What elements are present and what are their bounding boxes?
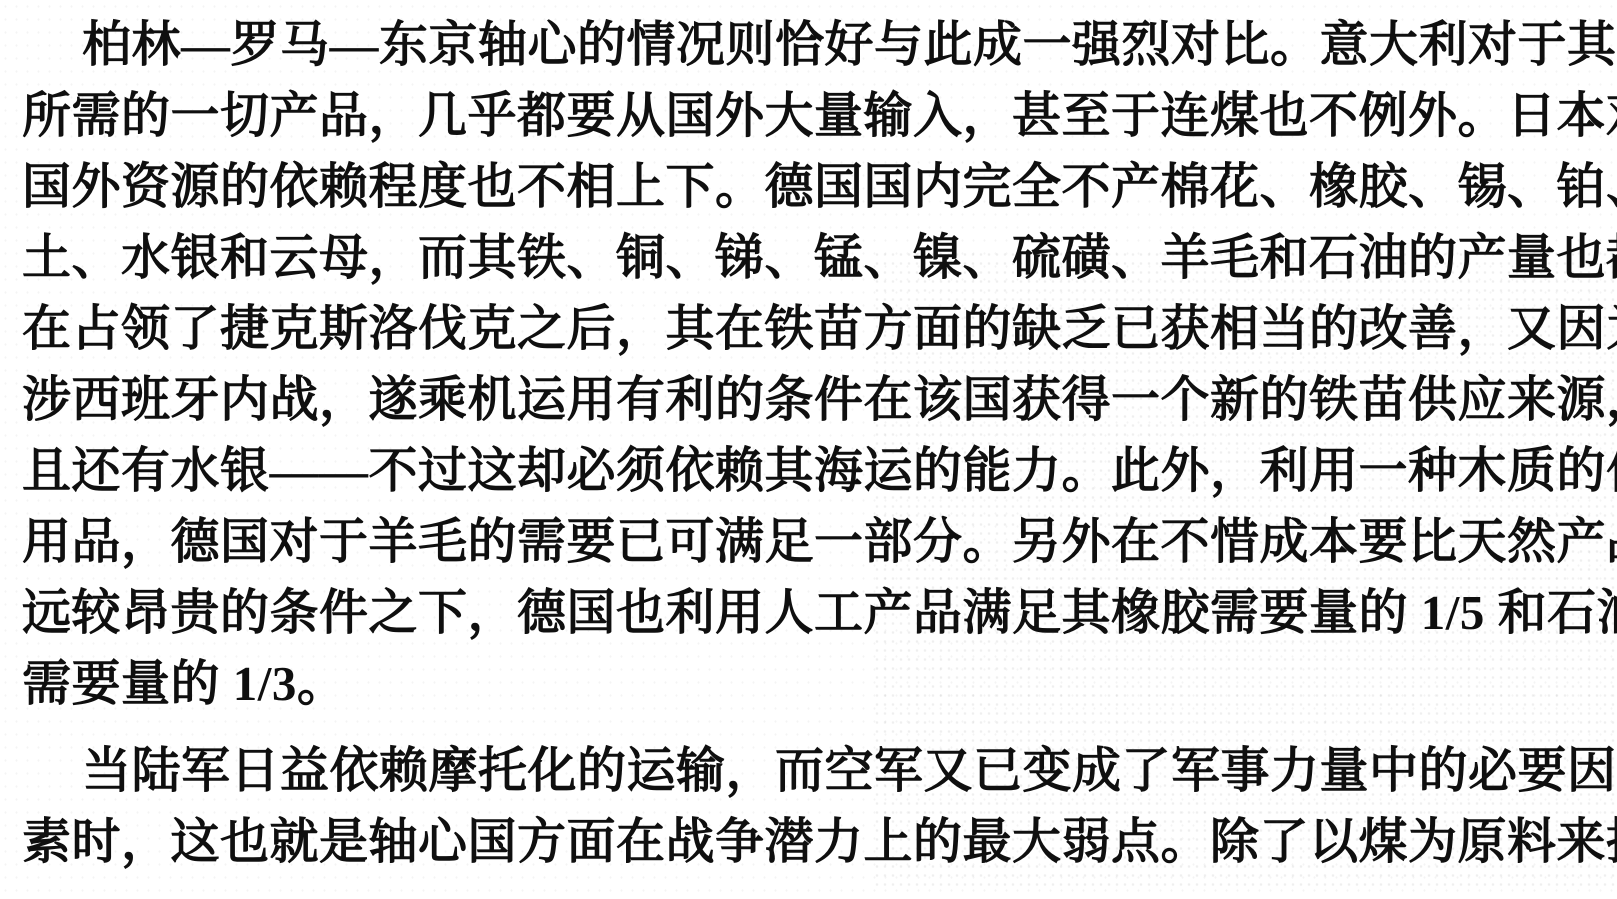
text-line: 所需的一切产品，几乎都要从国外大量输入，甚至于连煤也不例外。日本对于 (22, 80, 1597, 151)
text-line: 远较昂贵的条件之下，德国也利用人工产品满足其橡胶需要量的 1/5 和石油 (22, 577, 1597, 648)
text-line: 当陆军日益依赖摩托化的运输，而空军又已变成了军事力量中的必要因 (22, 735, 1597, 806)
text-line: 在占领了捷克斯洛伐克之后，其在铁苗方面的缺乏已获相当的改善，又因为干 (22, 293, 1597, 364)
text-line: 柏林—罗马—东京轴心的情况则恰好与此成一强烈对比。意大利对于其 (22, 9, 1597, 80)
scanned-book-page: 柏林—罗马—东京轴心的情况则恰好与此成一强烈对比。意大利对于其 所需的一切产品，… (0, 0, 1617, 899)
text-line: 且还有水银——不过这却必须依赖其海运的能力。此外，利用一种木质的代 (22, 435, 1597, 506)
text-line: 国外资源的依赖程度也不相上下。德国国内完全不产棉花、橡胶、锡、铂、铁矾 (22, 151, 1597, 222)
text-line: 素时，这也就是轴心国方面在战争潜力上的最大弱点。除了以煤为原料来提 (22, 806, 1597, 877)
text-line: 需要量的 1/3。 (22, 648, 1597, 719)
text-line: 土、水银和云母，而其铁、铜、锑、锰、镍、硫磺、羊毛和石油的产量也都不丰富。 (22, 222, 1597, 293)
paragraph-army-weakness: 当陆军日益依赖摩托化的运输，而空军又已变成了军事力量中的必要因 素时，这也就是轴… (22, 735, 1597, 877)
paragraph-axis-contrast: 柏林—罗马—东京轴心的情况则恰好与此成一强烈对比。意大利对于其 所需的一切产品，… (22, 9, 1597, 719)
text-line: 用品，德国对于羊毛的需要已可满足一部分。另外在不惜成本要比天然产品 (22, 506, 1597, 577)
text-line: 涉西班牙内战，遂乘机运用有利的条件在该国获得一个新的铁苗供应来源，而 (22, 364, 1597, 435)
